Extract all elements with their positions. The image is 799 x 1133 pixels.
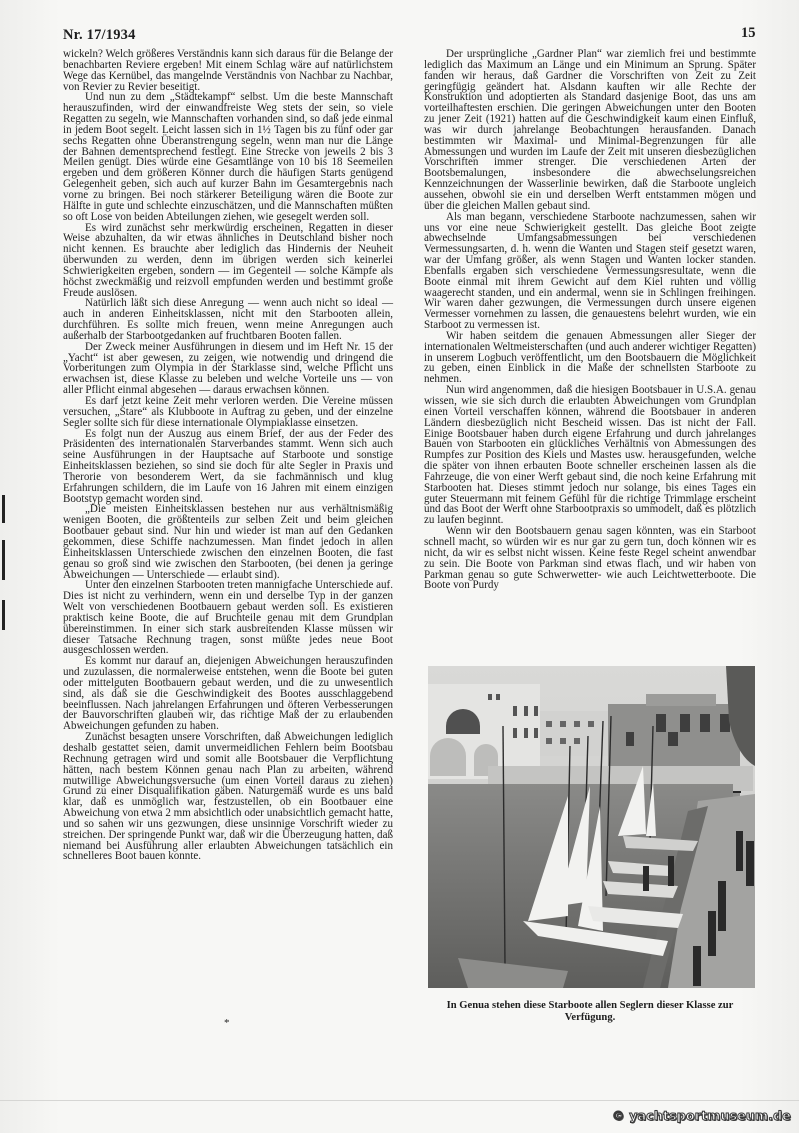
right-column: Der ursprüngliche „Gardner Plan“ war zie… (424, 49, 756, 591)
paragraph: wickeln? Welch größeres Verständnis kann… (63, 49, 393, 92)
paragraph: „Die meisten Einheitsklassen bestehen nu… (63, 504, 393, 580)
page-number: 15 (741, 25, 756, 42)
paragraph: Es wird zunächst sehr merkwürdig erschei… (63, 223, 393, 299)
paragraph: Unter den einzelnen Starbooten treten ma… (63, 580, 393, 656)
left-column: wickeln? Welch größeres Verständnis kann… (63, 49, 393, 862)
paragraph: Und nun zu dem „Städtekampf“ selbst. Um … (63, 92, 393, 222)
copyright-watermark: © yachtsportmuseum.de (612, 1108, 791, 1123)
scan-line (0, 1100, 799, 1101)
scan-artifact (2, 600, 5, 630)
section-separator: * (224, 1017, 230, 1029)
paragraph: Zunächst besagten unsere Vorschriften, d… (63, 732, 393, 862)
photo-caption: In Genua stehen diese Starboote allen Se… (424, 1000, 756, 1024)
scan-artifact (2, 540, 5, 580)
paragraph: Wenn wir den Bootsbauern genau sagen kön… (424, 526, 756, 591)
photo-illustration (428, 666, 755, 988)
paragraph: Nun wird angenommen, daß die hiesigen Bo… (424, 385, 756, 526)
paragraph: Natürlich läßt sich diese Anregung — wen… (63, 298, 393, 341)
paragraph: Der Zweck meiner Ausführungen in diesem … (63, 342, 393, 396)
paragraph: Es folgt nun der Auszug aus einem Brief,… (63, 429, 393, 505)
paragraph: Es darf jetzt keine Zeit mehr verloren w… (63, 396, 393, 429)
issue-number: Nr. 17/1934 (63, 27, 136, 44)
scan-artifact (2, 495, 5, 523)
paragraph: Wir haben seitdem die genauen Abmessunge… (424, 331, 756, 385)
paragraph: Der ursprüngliche „Gardner Plan“ war zie… (424, 49, 756, 212)
paragraph: Als man begann, verschiedene Starboote n… (424, 212, 756, 331)
harbour-photo (428, 666, 755, 988)
paragraph: Es kommt nur darauf an, diejenigen Abwei… (63, 656, 393, 732)
